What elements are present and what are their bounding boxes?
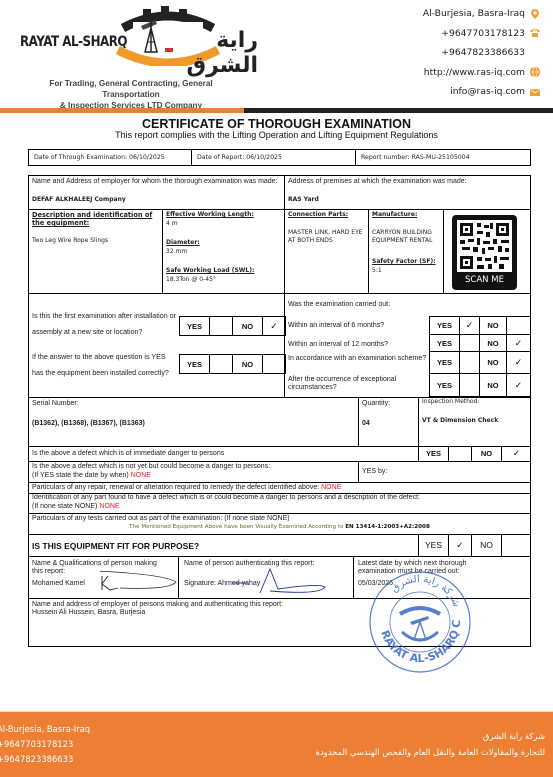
no-label: NO — [480, 374, 507, 396]
immediate-danger-yes-no: YES NO ✓ — [418, 446, 531, 461]
yes-label: YES — [430, 317, 460, 334]
divider — [28, 556, 531, 557]
premises-value: RAS Yard — [288, 196, 319, 204]
page-title: CERTIFICATE OF THOROUGH EXAMINATION — [0, 117, 553, 131]
yes-checkbox[interactable] — [210, 355, 233, 373]
inspection-method-value: VT & Dimension Check — [422, 417, 498, 425]
tagline-line-1: For Trading, General Contracting, Genera… — [20, 78, 242, 100]
no-checkbox[interactable]: ✓ — [507, 352, 530, 373]
future-danger-hint: (If YES state the date by when) NONE — [32, 472, 151, 480]
contact-website: http://www.ras-iq.com — [423, 63, 541, 83]
footer-arabic-name: شركة راية الشرق — [316, 728, 545, 744]
yes-no-12-months: YES NO ✓ — [429, 334, 531, 352]
yes-checkbox[interactable] — [210, 317, 233, 335]
length-value: 4 m — [166, 220, 178, 228]
yes-label: YES — [419, 534, 449, 556]
no-checkbox[interactable]: ✓ — [263, 317, 285, 335]
dates-table: Date of Through Examination: 06/10/2025 … — [28, 149, 531, 166]
premises-label: Address of premises at which the examina… — [288, 178, 467, 186]
exam-date: Date of Through Examination: 06/10/2025 — [29, 150, 192, 165]
header-divider-dark — [244, 108, 553, 113]
employer-label: Name and Address of employer for whom th… — [32, 178, 280, 186]
contact-email: info@ras-iq.com — [423, 82, 541, 102]
fitness-yes-no: YES ✓ NO — [418, 534, 531, 556]
no-checkbox[interactable]: ✓ — [507, 374, 530, 396]
page-subtitle: This report complies with the Lifting Op… — [0, 130, 553, 140]
connection-label: Connection Parts: — [288, 211, 348, 219]
no-checkbox[interactable] — [263, 355, 285, 373]
company-logo: RAYAT AL-SHARQ راية الشرق — [18, 6, 258, 76]
employer-of-persons-label: Name and address of employer of persons … — [32, 601, 283, 609]
question-installed-correctly: If the answer to the above question is Y… — [32, 350, 177, 381]
yes-label: YES — [419, 446, 449, 461]
no-label: NO — [480, 335, 507, 351]
qr-scan-label: SCAN ME — [452, 275, 517, 285]
yes-label: YES — [430, 335, 460, 351]
yes-label: YES — [430, 352, 460, 373]
authenticator-signature-icon — [230, 565, 330, 597]
svg-text:شركة راية الشرق: شركة راية الشرق — [389, 574, 462, 609]
repair-label: Particulars of any repair, renewal or al… — [32, 484, 319, 491]
inspection-method-label: Inspection Method: — [422, 398, 479, 406]
header-divider-orange — [0, 108, 244, 113]
no-label: NO — [480, 317, 507, 334]
yes-label: YES — [180, 317, 210, 335]
yes-checkbox[interactable] — [460, 335, 480, 351]
divider — [28, 513, 531, 514]
yes-checkbox[interactable]: ✓ — [460, 317, 480, 334]
yes-checkbox[interactable] — [460, 352, 480, 373]
location-pin-icon — [529, 8, 541, 20]
tests-note: The Mentioned Equipment Above have been … — [28, 524, 531, 530]
serial-label: Serial Number: — [32, 400, 79, 408]
connection-value: MASTER LINK, HARD EYE AT BOTH ENDS — [288, 229, 366, 245]
defect-identification-hint: (If none state NONE) NONE — [32, 503, 120, 511]
divider — [28, 482, 531, 483]
phone-2-link[interactable]: +9647823386633 — [441, 47, 525, 58]
email-link[interactable]: info@ras-iq.com — [450, 86, 525, 97]
question-6-months: Within an interval of 6 months? — [288, 322, 428, 330]
qr-code-icon — [457, 220, 512, 272]
hint-text: (If none state NONE) — [32, 503, 97, 510]
tests-standard: EN 13414-1:2003+A2:2008 — [345, 524, 430, 530]
no-label: NO — [472, 446, 502, 461]
envelope-icon — [529, 86, 541, 98]
divider — [28, 209, 531, 210]
yes-label: YES — [180, 355, 210, 373]
footer-arabic-company: شركة راية الشرق للتجارة والمقاولات العام… — [316, 728, 545, 760]
footer-phone-1[interactable]: +9647703178123 — [0, 737, 90, 752]
contact-info: Al-Burjesia, Basra-Iraq +9647703178123 +… — [423, 4, 541, 102]
footer: Al-Burjesia, Basra-Iraq +9647703178123 +… — [0, 712, 553, 777]
exam-carried-out-heading: Was the examination carried out: — [288, 301, 390, 309]
length-label: Effective Working Length: — [166, 211, 254, 219]
employer-value: DEFAF ALKHALEEJ Company — [32, 196, 126, 204]
yes-no-scheme: YES NO ✓ — [429, 351, 531, 374]
phone-1-link[interactable]: +9647703178123 — [441, 28, 525, 39]
question-12-months: Within an interval of 12 months? — [288, 341, 428, 349]
swl-value: 18.3Ton @ 0-45° — [166, 276, 216, 284]
yes-label: YES — [430, 374, 460, 396]
serial-value: (B1362), (B1368), (B1367), (B1363) — [32, 420, 145, 428]
defect-identification-label: Identification of any part found to have… — [32, 494, 420, 502]
hint-text: (If YES state the date by when) — [32, 472, 129, 479]
no-checkbox[interactable] — [502, 534, 531, 556]
tests-particulars-label: Particulars of any tests carried out as … — [32, 515, 290, 523]
website-link[interactable]: http://www.ras-iq.com — [424, 67, 525, 78]
question-exam-scheme: In accordance with an examination scheme… — [288, 355, 428, 363]
defect-identification-value: NONE — [99, 503, 119, 510]
swl-label: Safe Working Load (SWL): — [166, 267, 254, 275]
description-value: Two Leg Wire Rope Slings — [32, 237, 108, 245]
divider — [358, 461, 359, 482]
description-label: Description and identification of the eq… — [32, 211, 157, 227]
no-label: NO — [480, 352, 507, 373]
no-label: NO — [472, 534, 502, 556]
diameter-value: 32 mm — [166, 248, 187, 256]
logo-text-english: RAYAT AL-SHARQ — [20, 34, 127, 50]
quantity-label: Quantity: — [362, 400, 390, 408]
manufacture-label: Manufacture: — [372, 211, 417, 219]
tests-note-text: The Mentioned Equipment Above have been … — [129, 524, 343, 530]
no-checkbox[interactable]: ✓ — [502, 446, 531, 461]
no-label: NO — [233, 317, 263, 335]
contact-phone-2: +9647823386633 — [423, 43, 541, 63]
yes-no-6-months: YES ✓ NO — [429, 316, 531, 335]
yes-checkbox[interactable] — [449, 446, 472, 461]
divider — [353, 556, 354, 598]
no-label: NO — [233, 355, 263, 373]
divider — [443, 209, 444, 293]
safety-factor-value: 5:1 — [372, 267, 382, 275]
footer-phone-2[interactable]: +9647823386633 — [0, 752, 90, 767]
phone-icon — [529, 27, 541, 39]
yes-checkbox[interactable]: ✓ — [449, 534, 472, 556]
future-danger-question: Is the above a defect which is not yet b… — [32, 463, 270, 471]
contact-phone-1: +9647703178123 — [423, 24, 541, 44]
yes-checkbox[interactable] — [460, 374, 480, 396]
no-checkbox[interactable] — [507, 317, 530, 334]
installed-yes-no: YES NO — [179, 354, 286, 374]
repair-particulars: Particulars of any repair, renewal or al… — [32, 484, 341, 492]
employer-of-persons-value: Hussein Ali Hussein, Basra, Burjesia — [32, 609, 145, 617]
company-tagline: For Trading, General Contracting, Genera… — [20, 78, 242, 111]
contact-address: Al-Burjesia, Basra-Iraq — [423, 4, 541, 24]
divider — [418, 397, 419, 446]
report-date: Date of Report: 06/10/2025 — [192, 150, 356, 165]
report-maker-name: Mohamed Kamel — [32, 580, 85, 588]
address-text: Al-Burjesia, Basra-Iraq — [423, 8, 525, 19]
report-number: Report number: RAS-MU-25105004 — [356, 150, 530, 165]
spacer — [529, 47, 541, 59]
diameter-label: Diameter: — [166, 239, 200, 247]
manufacture-value: CARRYON BUILDING EQUIPMENT RENTAL — [372, 229, 442, 245]
footer-contacts: Al-Burjesia, Basra-Iraq +9647703178123 +… — [0, 722, 90, 767]
footer-arabic-description: للتجارة والمقاولات العامة والنقل العام و… — [316, 744, 545, 760]
divider — [358, 397, 359, 446]
fitness-question: IS THIS EQUIPMENT FIT FOR PURPOSE? — [32, 541, 199, 551]
divider — [162, 209, 163, 293]
footer-address: Al-Burjesia, Basra-Iraq — [0, 722, 90, 737]
question-first-exam: Is this the first examination after inst… — [32, 309, 177, 340]
logo-text-arabic: راية الشرق — [186, 28, 258, 78]
globe-icon — [529, 66, 541, 78]
maker-signature-icon — [100, 568, 180, 596]
repair-value: NONE — [321, 484, 341, 491]
quantity-value: 04 — [362, 420, 370, 428]
divider — [28, 461, 531, 462]
no-checkbox[interactable]: ✓ — [507, 335, 530, 351]
divider — [28, 293, 531, 294]
qr-code[interactable]: SCAN ME — [452, 215, 517, 290]
divider — [368, 209, 369, 293]
future-danger-value: NONE — [131, 472, 151, 479]
yes-by-label: YES by: — [362, 468, 387, 476]
immediate-danger-question: Is the above a defect which is of immedi… — [32, 450, 224, 458]
company-stamp-icon: RAYAT AL-SHARQ Co. شركة راية الشرق — [366, 568, 474, 676]
yes-no-exceptional: YES NO ✓ — [429, 373, 531, 397]
interval-yes-no-grid: YES ✓ NO YES NO ✓ YES NO ✓ YES NO ✓ — [429, 316, 531, 397]
question-exceptional: After the occurrence of exceptional circ… — [288, 376, 428, 392]
safety-factor-label: Safety Factor (SF): — [372, 258, 436, 266]
first-exam-yes-no: YES NO ✓ — [179, 316, 286, 336]
